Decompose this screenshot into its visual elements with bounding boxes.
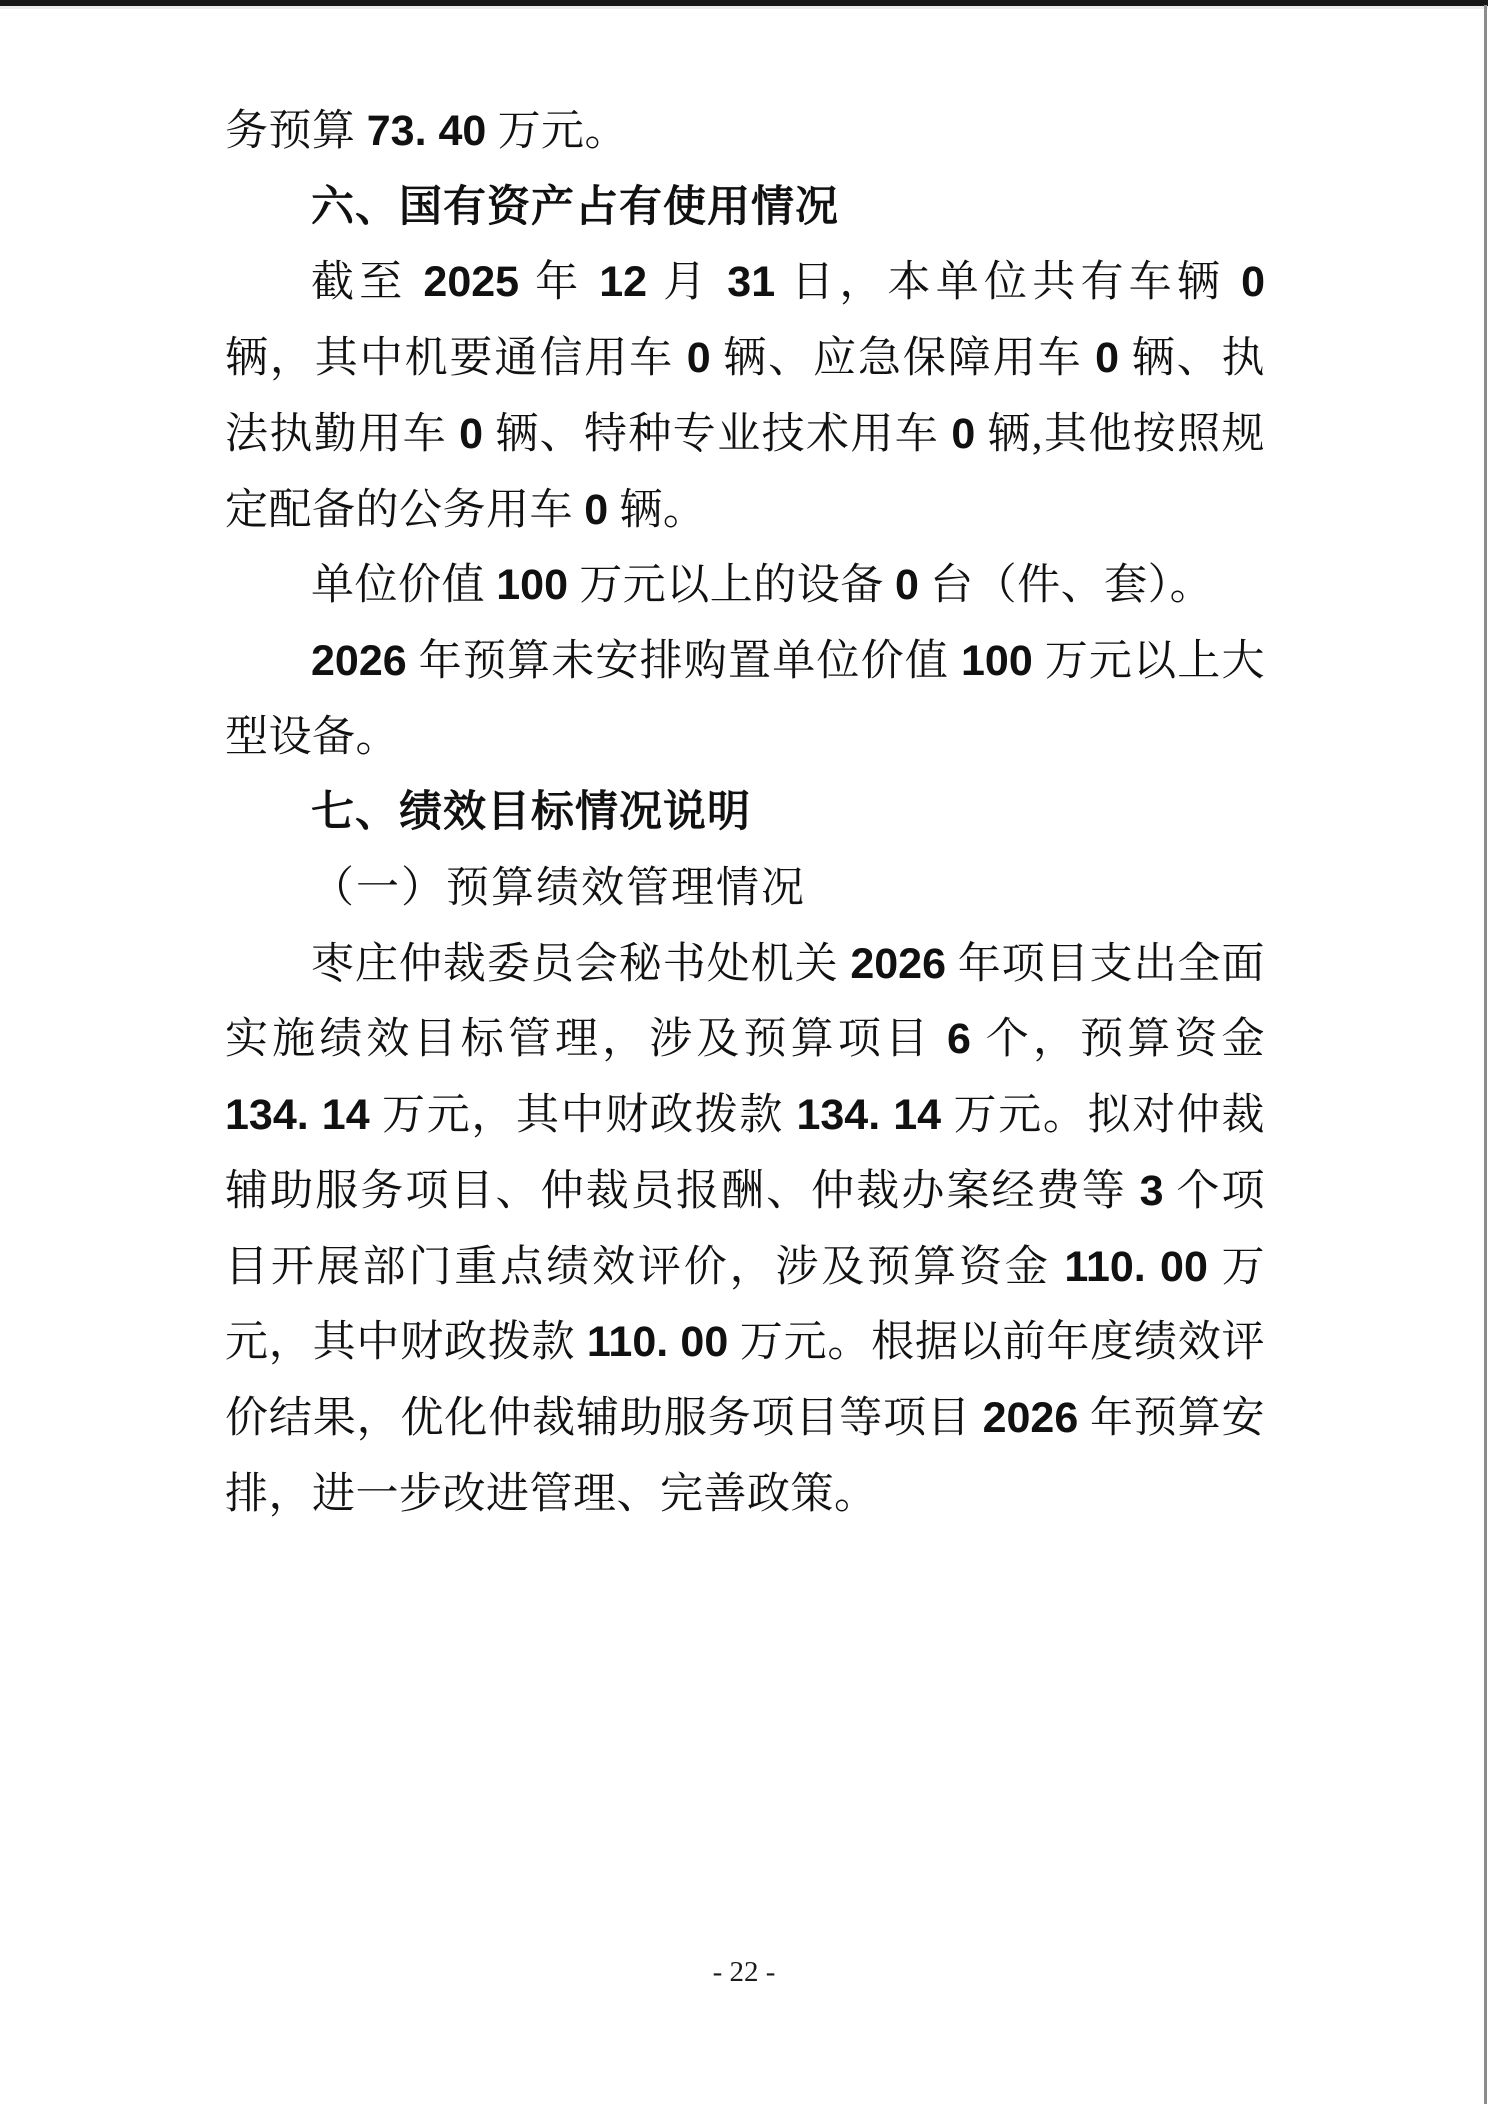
numeral: 0 — [1241, 258, 1265, 306]
paragraph-equipment: 单位价值 100 万元以上的设备 0 台（件、套）。 — [225, 548, 1265, 624]
document-page: 务预算 73. 40 万元。 六、国有资产占有使用情况 截至 2025 年 12… — [0, 0, 1488, 2104]
numeral: 110. 00 — [587, 1318, 728, 1366]
numeral: 0 — [895, 561, 919, 609]
paragraph-2026-equipment-plan: 2026 年预算未安排购置单位价值 100 万元以上大型设备。 — [225, 624, 1265, 775]
scan-right-edge-line — [1484, 5, 1487, 2104]
numeral: 0 — [687, 334, 711, 382]
numeral: 100 — [496, 561, 568, 609]
section-heading-state-assets: 六、国有资产占有使用情况 — [225, 170, 1265, 246]
numeral: 0 — [1095, 334, 1119, 382]
document-body: 务预算 73. 40 万元。 六、国有资产占有使用情况 截至 2025 年 12… — [225, 94, 1265, 1532]
numeral: 12 — [599, 258, 647, 306]
paragraph-performance-details: 枣庄仲裁委员会秘书处机关 2026 年项目支出全面实施绩效目标管理，涉及预算项目… — [225, 927, 1265, 1533]
numeral: 0 — [584, 486, 608, 534]
section-heading-performance-targets: 七、绩效目标情况说明 — [225, 775, 1265, 851]
page-number: - 22 - — [0, 1952, 1488, 1992]
numeral: 73. 40 — [367, 107, 487, 155]
numeral: 110. 00 — [1064, 1243, 1207, 1291]
numeral: 2026 — [850, 940, 946, 988]
subsection-heading-performance-management: （一）预算绩效管理情况 — [225, 851, 1265, 927]
numeral: 0 — [459, 410, 483, 458]
numeral: 3 — [1140, 1167, 1164, 1215]
numeral: 100 — [961, 637, 1033, 685]
numeral: 2026 — [311, 637, 407, 685]
numeral: 134. 14 — [225, 1091, 370, 1139]
numeral: 134. 14 — [796, 1091, 941, 1139]
paragraph-budget-continuation: 务预算 73. 40 万元。 — [225, 94, 1265, 170]
scan-top-border — [0, 0, 1488, 9]
numeral: 0 — [951, 410, 975, 458]
numeral: 2026 — [983, 1394, 1079, 1442]
paragraph-vehicles: 截至 2025 年 12 月 31 日，本单位共有车辆 0 辆，其中机要通信用车… — [225, 245, 1265, 548]
numeral: 6 — [947, 1015, 971, 1063]
numeral: 31 — [727, 258, 775, 306]
numeral: 2025 — [423, 258, 519, 306]
